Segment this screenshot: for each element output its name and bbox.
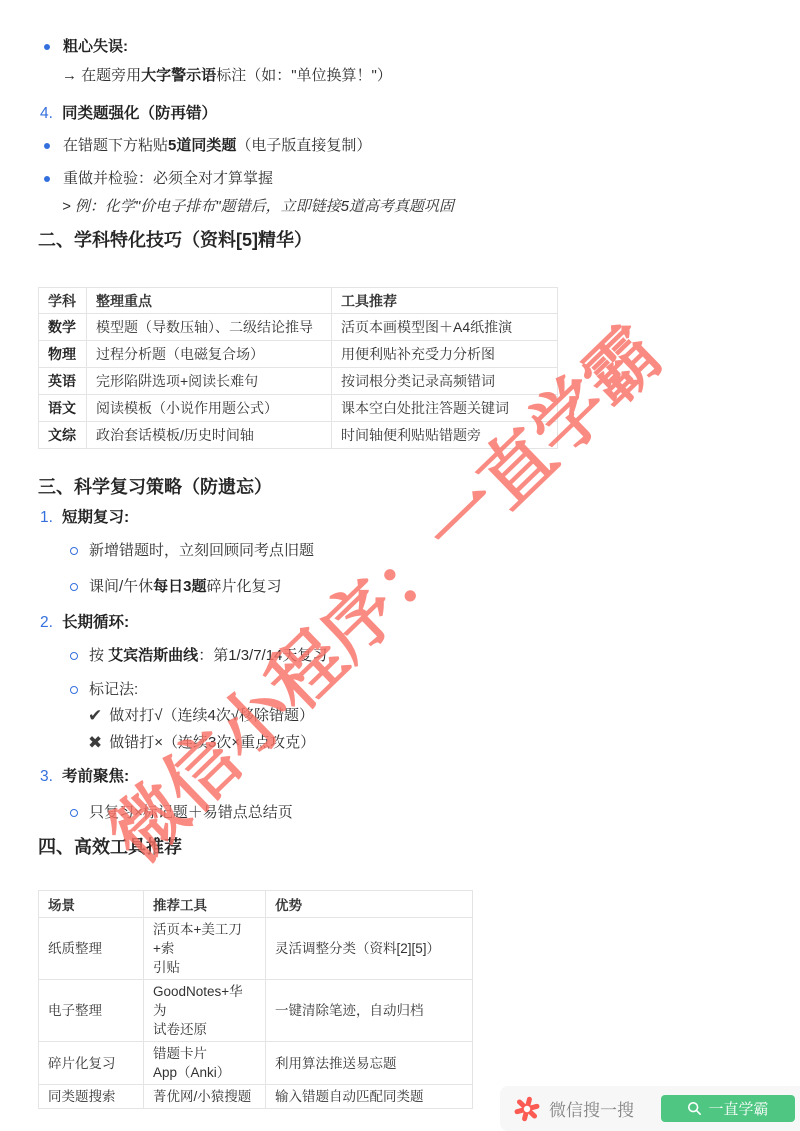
bullet-dot-icon [44,176,50,182]
subject-skills-table: 学科 整理重点 工具推荐 数学 模型题（导数压轴）、二级结论推导 活页本画模型图… [38,287,558,449]
table-header-row: 学科 整理重点 工具推荐 [39,288,558,314]
section3-heading: 三、科学复习策略（防遗忘） [38,473,272,499]
example-note: > 例：化学"价电子排布"题错后，立即链接5道高考真题巩固 [62,196,454,217]
col-header: 整理重点 [87,288,332,314]
section4-heading: 四、高效工具推荐 [38,833,182,859]
table-row: 语文 阅读模板（小说作用题公式） 课本空白处批注答题关键词 [39,395,558,422]
search-keyword-button[interactable]: 一直学霸 [661,1095,795,1122]
cross-rule-line: ✖ 做错打×（连续3次×重点攻克） [88,732,315,753]
circle-bullet-icon [70,686,78,694]
numbered-item-2: 2.长期循环: [40,610,129,632]
search-icon [687,1101,702,1116]
bullet-dot-icon [44,44,50,50]
bullet-item-redo: 重做并检验：必须全对才算掌握 [44,168,273,189]
wechat-sousou-logo-icon [513,1094,541,1124]
section2-heading: 二、学科特化技巧（资料[5]精华） [38,226,312,252]
sub-bullet-daily3: 课间/午休每日3题碎片化复习 [70,576,282,597]
numbered-item-4: 4.同类题强化（防再错） [40,101,217,123]
bullet-careless-detail: → 在题旁用大字警示语标注（如："单位换算！"） [62,65,392,86]
circle-bullet-icon [70,547,78,555]
table-row: 碎片化复习 错题卡片 App（Anki） 利用算法推送易忘题 [39,1042,473,1085]
table-row: 数学 模型题（导数压轴）、二级结论推导 活页本画模型图＋A4纸推演 [39,314,558,341]
tools-table: 场景 推荐工具 优势 纸质整理 活页本+美工刀+索 引贴 灵活调整分类（资料[2… [38,890,473,1109]
circle-bullet-icon [70,583,78,591]
col-header: 推荐工具 [144,891,266,918]
sub-bullet-ebbinghaus: 按 艾宾浩斯曲线：第1/3/7/14天复习 [70,645,327,666]
col-header: 工具推荐 [332,288,558,314]
checkmark-icon: ✔ [88,706,102,726]
col-header: 优势 [266,891,473,918]
col-header: 学科 [39,288,87,314]
sub-bullet-marking: 标记法: [70,679,138,700]
table-header-row: 场景 推荐工具 优势 [39,891,473,918]
sub-bullet-exam-focus: 只复习×标记题＋易错点总结页 [70,802,293,823]
table-row: 电子整理 GoodNotes+华为 试卷还原 一键清除笔迹，自动归档 [39,980,473,1042]
table-row: 纸质整理 活页本+美工刀+索 引贴 灵活调整分类（资料[2][5]） [39,918,473,980]
bullet-item-paste: 在错题下方粘贴5道同类题（电子版直接复制） [44,135,371,156]
col-header: 场景 [39,891,144,918]
table-row: 物理 过程分析题（电磁复合场） 用便利贴补充受力分析图 [39,341,558,368]
check-rule-line: ✔ 做对打√（连续4次√移除错题） [88,705,314,726]
wechat-search-bar: 微信搜一搜 一直学霸 [500,1086,800,1131]
cross-icon: ✖ [88,733,102,753]
search-keyword-label: 一直学霸 [708,1098,768,1119]
bullet-item-careless: 粗心失误: [44,36,128,57]
bullet-dot-icon [44,143,50,149]
sub-bullet-review-old: 新增错题时，立刻回顾同考点旧题 [70,540,314,561]
numbered-item-1: 1.短期复习: [40,505,129,527]
bullet-title: 粗心失误: [63,36,128,57]
table-row: 同类题搜索 菁优网/小猿搜题 输入错题自动匹配同类题 [39,1085,473,1109]
wechat-search-brand-label: 微信搜一搜 [549,1096,634,1121]
circle-bullet-icon [70,809,78,817]
table-row: 文综 政治套话模板/历史时间轴 时间轴便利贴贴错题旁 [39,422,558,449]
numbered-item-3: 3.考前聚焦: [40,764,129,786]
table-row: 英语 完形陷阱选项+阅读长难句 按词根分类记录高频错词 [39,368,558,395]
circle-bullet-icon [70,652,78,660]
